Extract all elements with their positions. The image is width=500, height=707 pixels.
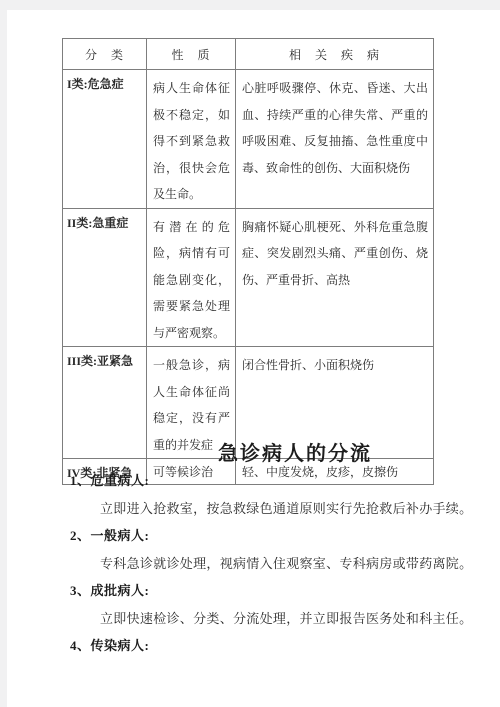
row-category: I类:危急症 <box>63 70 147 209</box>
list-item-detail: 专科急诊就诊处理，视病情入住观察室、专科病房或带药离院。 <box>100 553 472 572</box>
table-row: I类:危急症 病人生命体征极不稳定，如得不到紧急救治，很快会危及生命。 心脏呼吸… <box>63 70 434 209</box>
row-nature: 有潜在的危险，病情有可能急剧变化，需要紧急处理与严密观察。 <box>147 208 236 347</box>
list-item-label: 2、一般病人: <box>70 525 149 544</box>
header-category: 分 类 <box>63 39 147 70</box>
list-item-detail: 立即进入抢救室，按急救绿色通道原则实行先抢救后补办手续。 <box>100 498 472 517</box>
header-nature: 性 质 <box>147 39 236 70</box>
row-diseases: 心脏呼吸骤停、休克、昏迷、大出血、持续严重的心律失常、严重的呼吸困难、反复抽搐、… <box>236 70 434 209</box>
row-nature: 病人生命体征极不稳定，如得不到紧急救治，很快会危及生命。 <box>147 70 236 209</box>
list-item-label: 3、成批病人: <box>70 580 149 599</box>
list-item-detail: 立即快速检诊、分类、分流处理，并立即报告医务处和科主任。 <box>100 608 472 627</box>
document-page: 分 类 性 质 相 关 疾 病 I类:危急症 病人生命体征极不稳定，如得不到紧急… <box>7 10 500 707</box>
list-item-label: 4、传染病人: <box>70 635 149 654</box>
header-diseases: 相 关 疾 病 <box>236 39 434 70</box>
row-diseases: 胸痛怀疑心肌梗死、外科危重急腹症、突发剧烈头痛、严重创伤、烧伤、严重骨折、高热 <box>236 208 434 347</box>
list-item-label: 1、危重病人: <box>70 470 149 489</box>
table-row: II类:急重症 有潜在的危险，病情有可能急剧变化，需要紧急处理与严密观察。 胸痛… <box>63 208 434 347</box>
section-title: 急诊病人的分流 <box>90 437 500 466</box>
table-header-row: 分 类 性 质 相 关 疾 病 <box>63 39 434 70</box>
row-category: II类:急重症 <box>63 208 147 347</box>
triage-classification-table: 分 类 性 质 相 关 疾 病 I类:危急症 病人生命体征极不稳定，如得不到紧急… <box>62 38 434 485</box>
